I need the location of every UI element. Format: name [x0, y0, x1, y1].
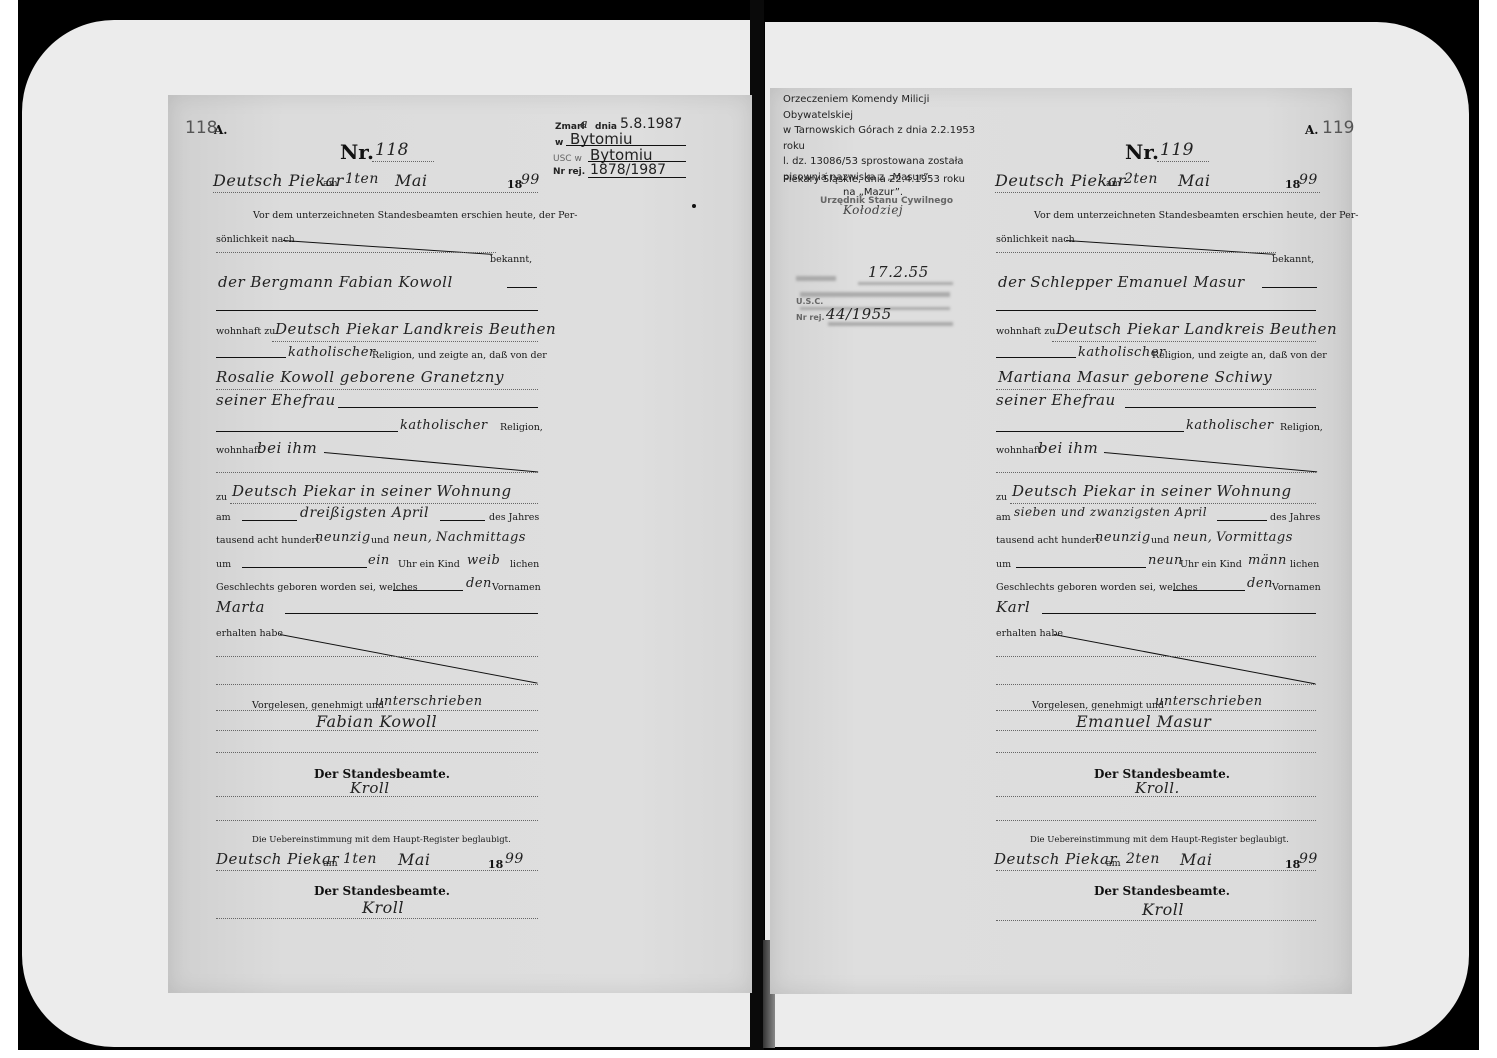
cert-place: Deutsch Piekar	[216, 850, 339, 868]
year-tens: neunzig	[1095, 530, 1151, 545]
den-value: den	[466, 576, 492, 591]
um-label: um	[996, 559, 1011, 570]
mother-name: Rosalie Kowoll geborene Granetzny	[216, 368, 504, 386]
mother-religion: katholischer	[1186, 418, 1274, 433]
header-day: 2ten	[1124, 171, 1158, 187]
am-label: am	[216, 512, 231, 523]
header-month: Mai	[1178, 171, 1211, 190]
series-letter: A.	[1305, 123, 1319, 137]
intro-line: Vor dem unterzeichneten Standesbeamten e…	[253, 210, 578, 221]
lichen-suffix: lichen	[1290, 559, 1319, 570]
mother-religion: katholischer	[400, 418, 488, 433]
record-nr-label: Nr.	[1125, 140, 1159, 164]
tausend-label: tausend acht hundert	[216, 535, 320, 546]
header-year-suffix: 99	[521, 172, 540, 188]
des-jahres-label: des Jahres	[1270, 512, 1320, 523]
birth-place: Deutsch Piekar in seiner Wohnung	[232, 482, 512, 500]
cert-month: Mai	[398, 850, 431, 869]
wohnhaft-label: wohnhaft zu	[216, 326, 275, 337]
birth-hour: ein	[368, 553, 390, 568]
stamp-death-date: 17.2.55	[868, 263, 929, 281]
certification-text: Die Uebereinstimmung mit dem Haupt-Regis…	[1030, 835, 1289, 845]
mother-relation: seiner Ehefrau	[216, 391, 336, 409]
book-gutter	[750, 0, 764, 1050]
religion2-label: Religion,	[500, 422, 543, 433]
mother-name: Martiana Masur geborene Schiwy	[998, 368, 1272, 386]
persoenlichkeit-label: sönlichkeit nach	[996, 234, 1075, 245]
residence-value: Deutsch Piekar Landkreis Beuthen	[275, 320, 556, 338]
religion-text: Religion, und zeigte an, daß von der	[372, 350, 547, 361]
child-name: Marta	[216, 598, 265, 616]
den-value: den	[1247, 576, 1273, 591]
wohnhaft2-label: wohnhaft	[216, 445, 261, 456]
note-line-3: l. dz. 13086/53 sprostowana została	[783, 154, 998, 170]
unterschrieben-value: unterschrieben	[1155, 694, 1263, 709]
child-sex: weib	[467, 553, 500, 568]
note-line-2: w Tarnowskich Górach z dnia 2.2.1953 rok…	[783, 123, 998, 154]
registrar2-title: Der Standesbeamte.	[314, 884, 450, 898]
nr-rej-label: Nr rej.	[553, 167, 585, 177]
birth-date: sieben und zwanzigsten April	[1014, 505, 1207, 519]
religion2-label: Religion,	[1280, 422, 1323, 433]
time-of-day: Vormittags	[1216, 530, 1293, 545]
unterschrieben-value: unterschrieben	[375, 694, 483, 709]
uhr-text: Uhr ein Kind	[398, 559, 460, 570]
cert-day: 2ten	[1126, 851, 1160, 867]
bekannt-label: bekannt,	[1272, 254, 1314, 265]
cert-am: am	[1106, 858, 1121, 869]
und-label: und	[1151, 535, 1169, 546]
declarant-name: der Schlepper Emanuel Masur	[998, 273, 1245, 291]
stamp-signature: Kołodziej	[843, 203, 903, 217]
vornamen-label: Vornamen	[492, 582, 541, 593]
cert-day: 1ten	[343, 851, 377, 867]
registrar-signature: Kroll.	[1135, 779, 1180, 797]
declarant-signature: Fabian Kowoll	[316, 712, 437, 731]
mother-relation: seiner Ehefrau	[996, 391, 1116, 409]
am-label: am	[996, 512, 1011, 523]
record-nr-value: 119	[1160, 140, 1194, 160]
erhalten-label: erhalten habe	[216, 628, 283, 639]
cert-place: Deutsch Piekar	[994, 850, 1117, 868]
correction-place-date: Piekary Śląskie, dnia 22.4.1953 roku	[783, 174, 965, 185]
mother-residence: bei ihm	[257, 439, 317, 457]
intro-line: Vor dem unterzeichneten Standesbeamten e…	[1034, 210, 1359, 221]
header-month: Mai	[395, 171, 428, 190]
cert-year-suffix: 99	[1299, 851, 1318, 867]
year-tens: neunzig	[315, 530, 371, 545]
note-line-1: Orzeczeniem Komendy Milicji Obywatelskie…	[783, 92, 998, 123]
erhalten-label: erhalten habe	[996, 628, 1063, 639]
year-units: neun,	[1173, 530, 1212, 545]
wohnhaft-label: wohnhaft zu	[996, 326, 1055, 337]
lichen-suffix: lichen	[510, 559, 539, 570]
uhr-text: Uhr ein Kind	[1180, 559, 1242, 570]
time-of-day: Nachmittags	[436, 530, 526, 545]
und-label: und	[371, 535, 389, 546]
zu-label: zu	[996, 492, 1007, 503]
bekannt-label: bekannt,	[490, 254, 532, 265]
stamp-nr-value: 44/1955	[826, 305, 892, 323]
header-am: am	[323, 178, 338, 189]
tausend-label: tausend acht hundert	[996, 535, 1100, 546]
certification-text: Die Uebereinstimmung mit dem Haupt-Regis…	[252, 835, 511, 845]
wohnhaft2-label: wohnhaft	[996, 445, 1041, 456]
mother-residence: bei ihm	[1038, 439, 1098, 457]
cert-year-suffix: 99	[505, 851, 524, 867]
des-jahres-label: des Jahres	[489, 512, 539, 523]
religion-text: Religion, und zeigte an, daß von der	[1152, 350, 1327, 361]
registrar2-title: Der Standesbeamte.	[1094, 884, 1230, 898]
nr-rej-value: 1878/1987	[590, 162, 666, 178]
usc-label: USC w	[553, 154, 582, 164]
vornamen-label: Vornamen	[1272, 582, 1321, 593]
registrar-signature: Kroll	[350, 779, 390, 797]
father-religion: katholischer	[288, 345, 376, 360]
um-label: um	[216, 559, 231, 570]
cert-am: am	[323, 858, 338, 869]
declarant-signature: Emanuel Masur	[1076, 712, 1211, 731]
child-name: Karl	[996, 598, 1030, 616]
header-year-suffix: 99	[1299, 172, 1318, 188]
pencil-page-number: 118	[185, 118, 217, 138]
w-label: w	[555, 138, 563, 148]
registrar2-signature: Kroll	[362, 898, 404, 917]
registrar2-signature: Kroll	[1142, 900, 1184, 919]
series-letter: A.	[214, 123, 228, 137]
record-nr-label: Nr.	[340, 140, 374, 164]
header-day: 1ten	[345, 171, 379, 187]
declarant-name: der Bergmann Fabian Kowoll	[218, 273, 453, 291]
geschlechts-text: Geschlechts geboren worden sei, welches	[996, 582, 1198, 593]
stamp-nr-label: Nr rej.	[796, 313, 825, 322]
birth-place: Deutsch Piekar in seiner Wohnung	[1012, 482, 1292, 500]
cert-month: Mai	[1180, 850, 1213, 869]
year-units: neun,	[393, 530, 432, 545]
zu-label: zu	[216, 492, 227, 503]
birth-date: dreißigsten April	[300, 505, 429, 521]
stamp-usc-label: U.S.C.	[796, 297, 823, 306]
geschlechts-text: Geschlechts geboren worden sei, welches	[216, 582, 418, 593]
birth-hour: neun	[1148, 553, 1183, 568]
child-sex: männ	[1248, 553, 1287, 568]
record-nr-value: 118	[375, 140, 409, 160]
pencil-page-number: 119	[1322, 118, 1354, 138]
residence-value: Deutsch Piekar Landkreis Beuthen	[1056, 320, 1337, 338]
header-am: am	[1106, 178, 1121, 189]
